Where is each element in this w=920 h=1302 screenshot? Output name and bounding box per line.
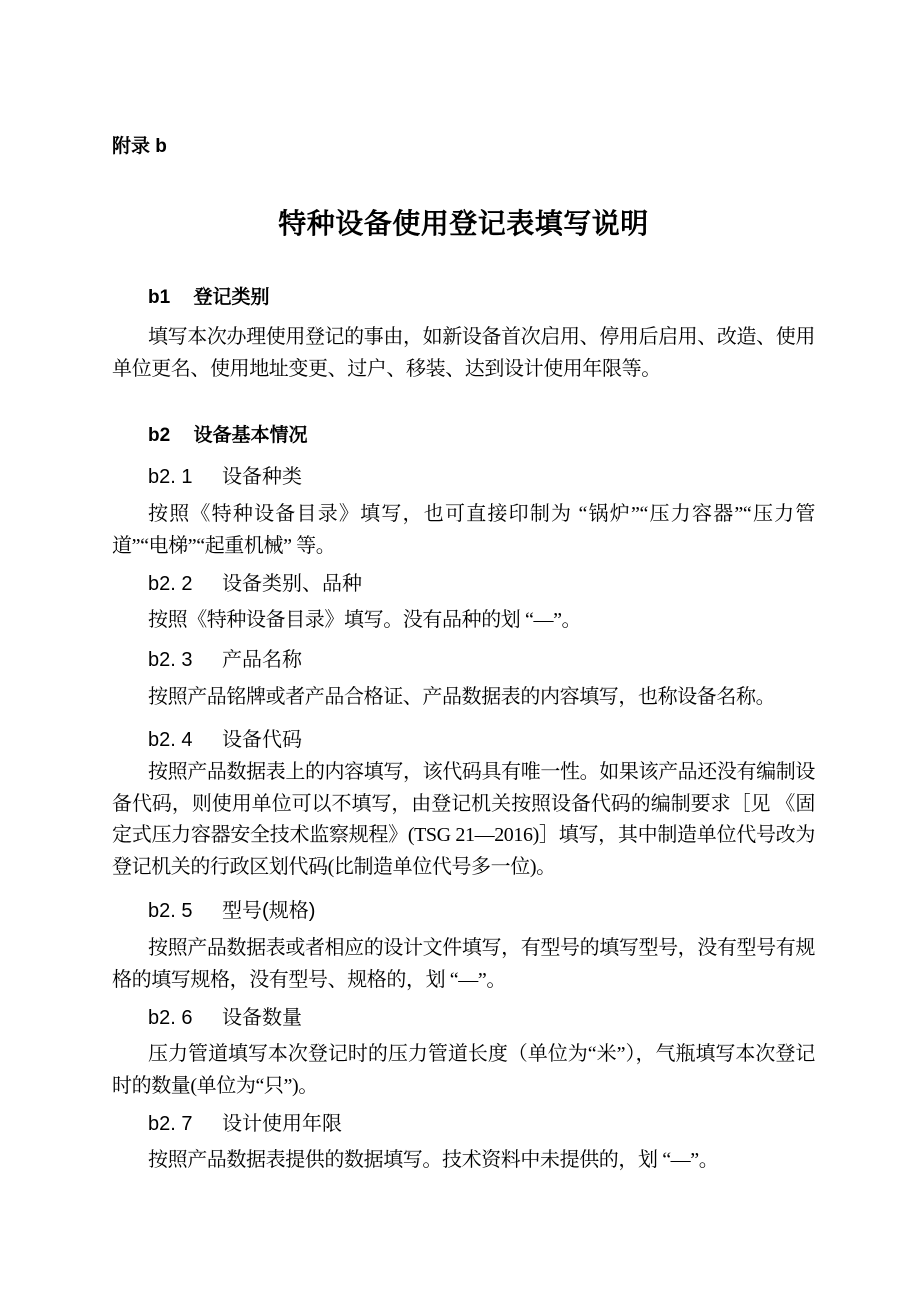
- subsection-title-b2-7: 设计使用年限: [222, 1113, 342, 1135]
- section-title-b2: 设备基本情况: [193, 425, 307, 446]
- paragraph-b2-2: 按照《特种设备目录》填写。没有品种的划 “—”。: [112, 605, 815, 637]
- subsection-heading-b2-1: b2. 1 设备种类: [112, 467, 815, 488]
- section-heading-b1: b1 登记类别: [112, 287, 815, 308]
- paragraph-b2-3: 按照产品铭牌或者产品合格证、产品数据表的内容填写，也称设备名称。: [112, 682, 815, 714]
- subsection-title-b2-5: 型号(规格): [222, 900, 315, 922]
- paragraph-b2-4: 按照产品数据表上的内容填写，该代码具有唯一性。如果该产品还没有编制设备代码，则使…: [112, 757, 815, 883]
- subsection-title-b2-6: 设备数量: [222, 1007, 302, 1029]
- page-title: 特种设备使用登记表填写说明: [112, 208, 815, 240]
- subsection-heading-b2-5: b2. 5 型号(规格): [112, 901, 815, 922]
- paragraph-b2-1: 按照《特种设备目录》填写，也可直接印制为 “锅炉”“压力容器”“压力管道”“电梯…: [112, 499, 815, 562]
- subsection-number-b2-1: b2. 1: [148, 467, 192, 488]
- subsection-title-b2-4: 设备代码: [222, 729, 302, 751]
- subsection-heading-b2-2: b2. 2 设备类别、品种: [112, 574, 815, 595]
- subsection-title-b2-3: 产品名称: [222, 649, 302, 671]
- section-title-b1: 登记类别: [193, 287, 269, 308]
- subsection-heading-b2-3: b2. 3 产品名称: [112, 650, 815, 671]
- paragraph-b2-6: 压力管道填写本次登记时的压力管道长度（单位为“米”），气瓶填写本次登记时的数量(…: [112, 1039, 815, 1102]
- subsection-heading-b2-6: b2. 6 设备数量: [112, 1008, 815, 1029]
- section-number-b1: b1: [148, 287, 170, 308]
- subsection-title-b2-1: 设备种类: [222, 466, 302, 488]
- subsection-number-b2-4: b2. 4: [148, 730, 192, 751]
- document-page: 附录 b 特种设备使用登记表填写说明 b1 登记类别 填写本次办理使用登记的事由…: [0, 0, 920, 1302]
- subsection-number-b2-7: b2. 7: [148, 1114, 192, 1135]
- paragraph-b2-7: 按照产品数据表提供的数据填写。技术资料中未提供的，划 “—”。: [112, 1145, 815, 1177]
- subsection-number-b2-5: b2. 5: [148, 901, 192, 922]
- subsection-number-b2-3: b2. 3: [148, 650, 192, 671]
- appendix-label: 附录 b: [112, 136, 815, 158]
- section-heading-b2: b2 设备基本情况: [112, 425, 815, 446]
- subsection-number-b2-6: b2. 6: [148, 1008, 192, 1029]
- paragraph-b1: 填写本次办理使用登记的事由，如新设备首次启用、停用后启用、改造、使用单位更名、使…: [112, 322, 815, 385]
- subsection-number-b2-2: b2. 2: [148, 574, 192, 595]
- subsection-heading-b2-7: b2. 7 设计使用年限: [112, 1114, 815, 1135]
- section-number-b2: b2: [148, 425, 170, 446]
- subsection-title-b2-2: 设备类别、品种: [222, 573, 362, 595]
- subsection-heading-b2-4: b2. 4 设备代码: [112, 730, 815, 751]
- paragraph-b2-5: 按照产品数据表或者相应的设计文件填写，有型号的填写型号，没有型号有规格的填写规格…: [112, 933, 815, 996]
